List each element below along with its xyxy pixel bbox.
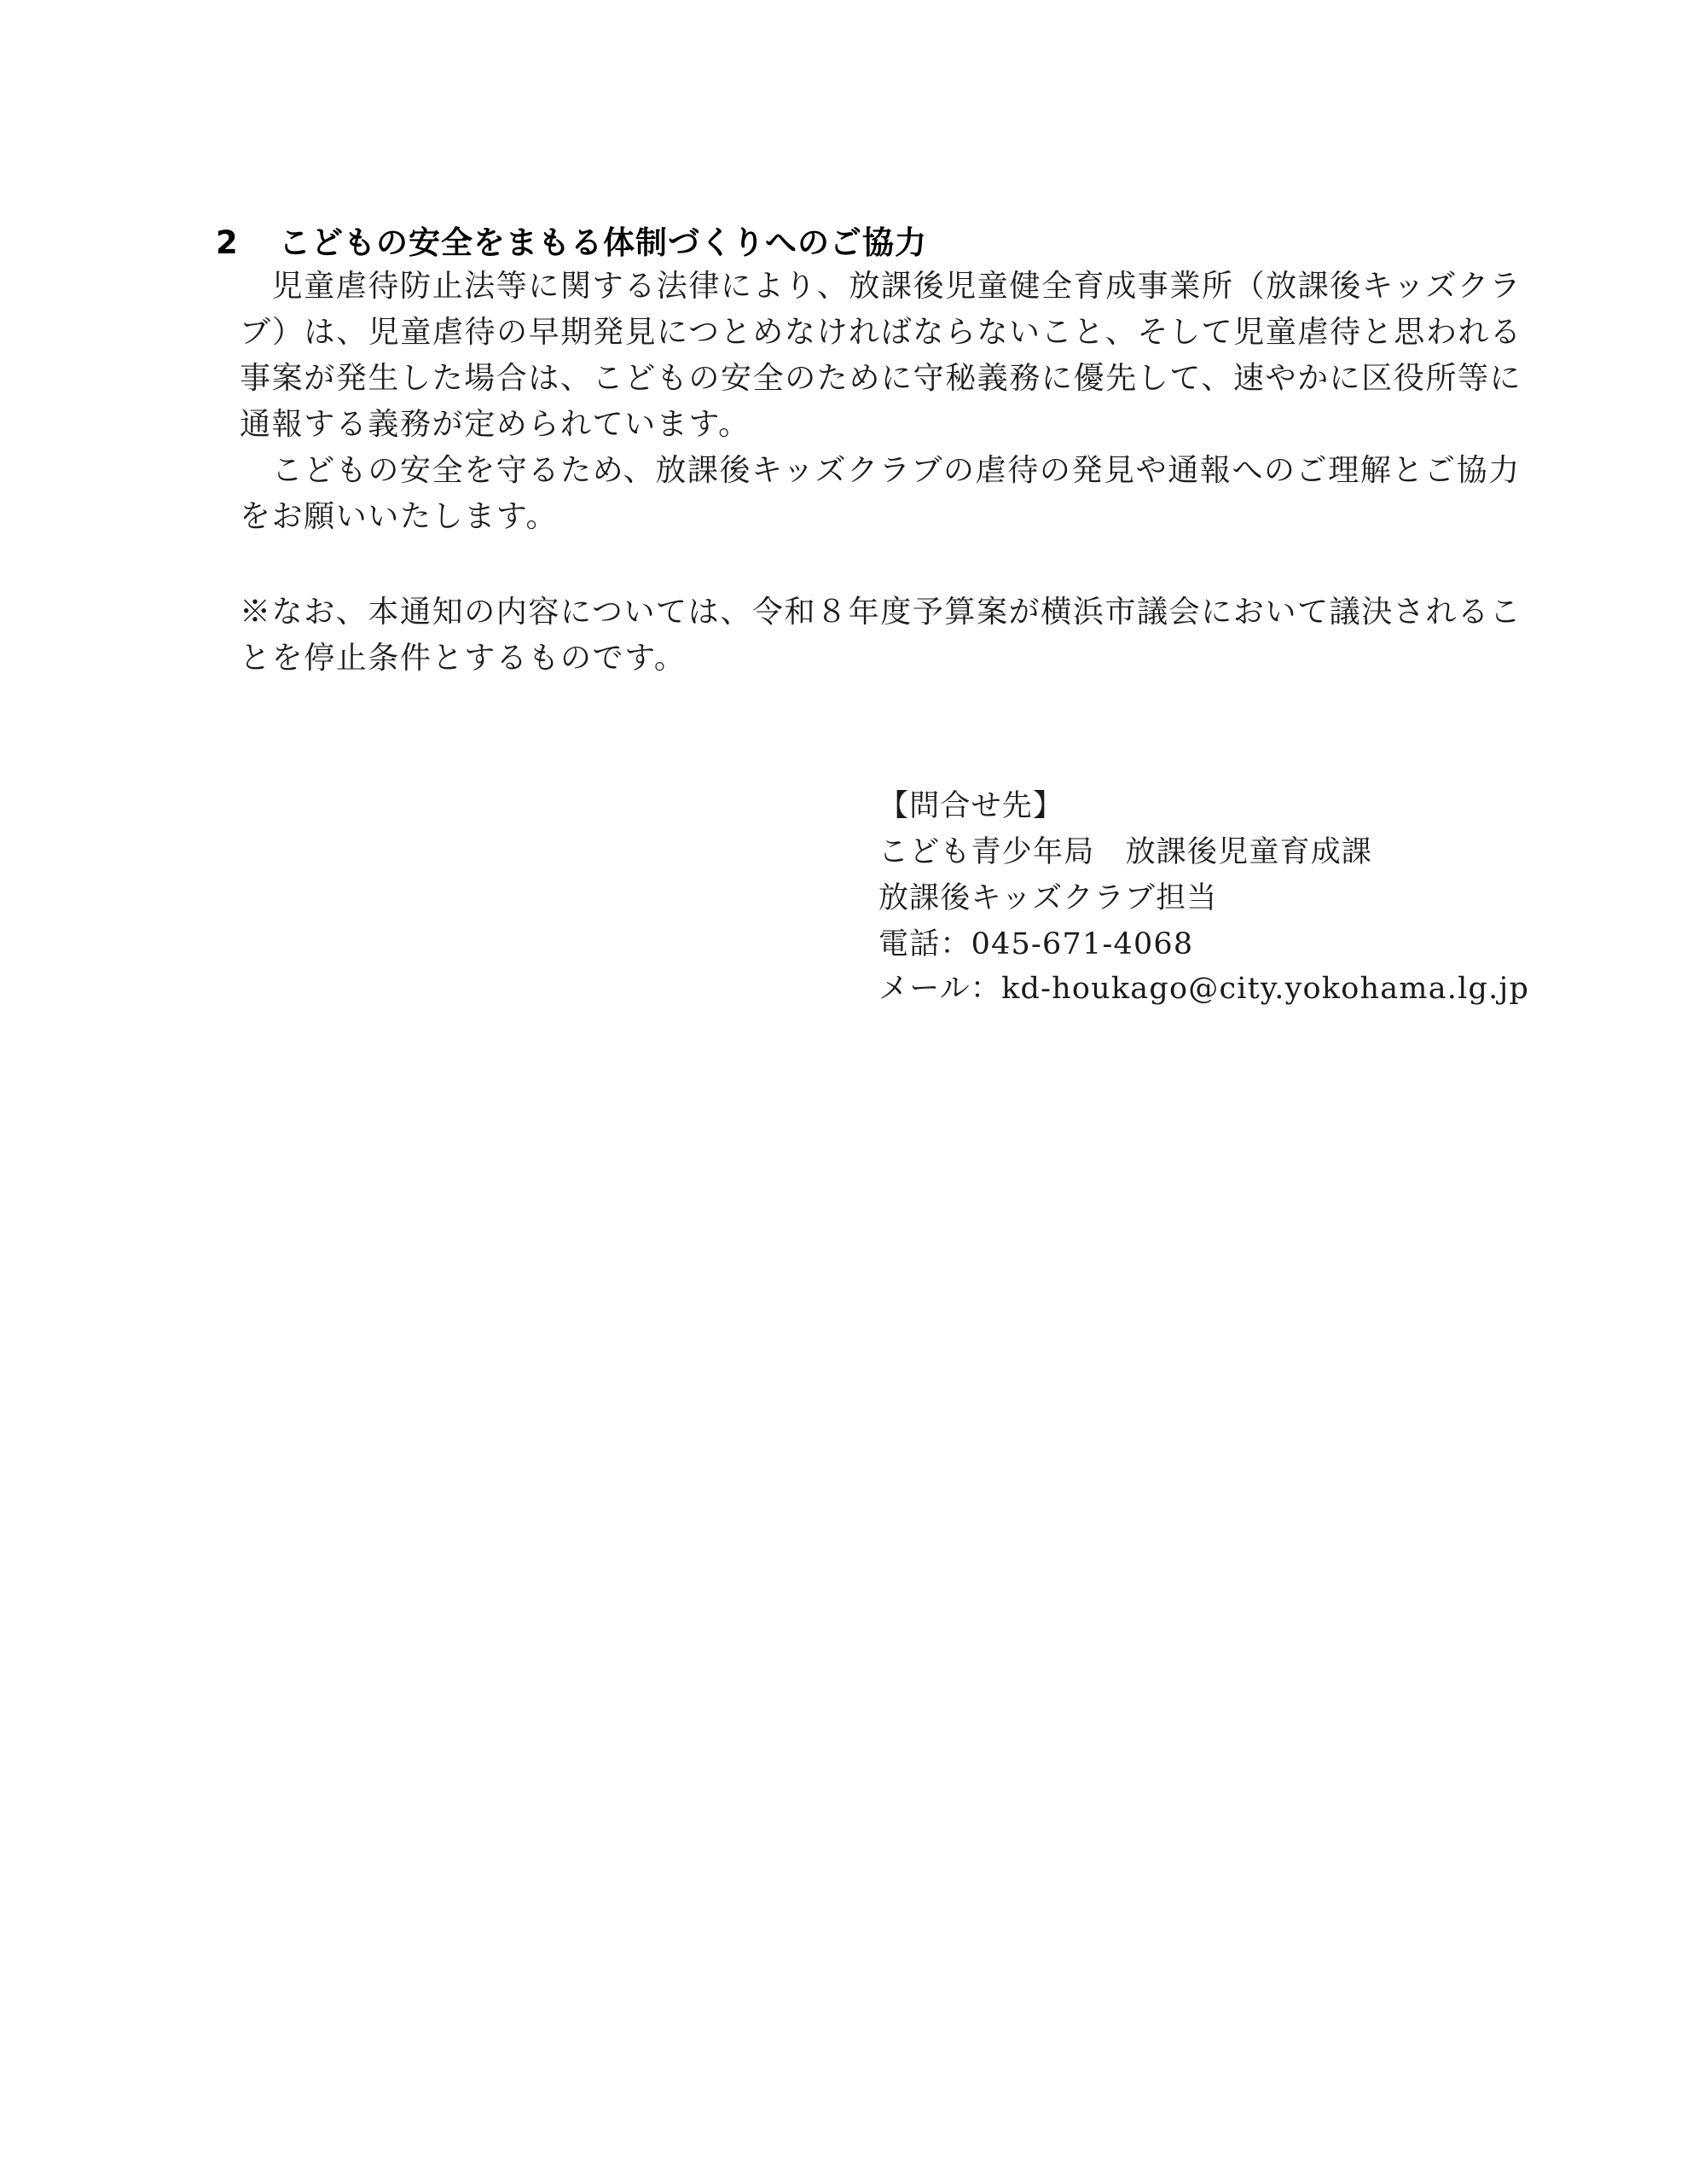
paragraph-2-line-2: をお願いいたします。: [240, 502, 558, 532]
section-number: 2: [216, 227, 279, 258]
contact-phone: 電話：045-671-4068: [878, 930, 1193, 960]
email-address[interactable]: kd-houkago@city.yokohama.lg.jp: [1001, 972, 1529, 1006]
document-page: 2こどもの安全をまもる体制づくりへのご協力 児童虐待防止法等に関する法律により、…: [0, 0, 1687, 2184]
paragraph-1-line-3: 事案が発生した場合は、こどもの安全のために守秘義務に優先して、速やかに区役所等に: [240, 363, 1522, 394]
paragraph-1-line-4: 通報する義務が定められています。: [240, 409, 751, 440]
section-title: こどもの安全をまもる体制づくりへのご協力: [279, 224, 927, 261]
contact-heading: 【問合せ先】: [878, 792, 1064, 822]
paragraph-1-line-1: 児童虐待防止法等に関する法律により、放課後児童健全育成事業所（放課後キッズクラ: [240, 271, 1522, 302]
phone-label: 電話：: [878, 927, 971, 961]
section-heading: 2こどもの安全をまもる体制づくりへのご協力: [216, 227, 927, 258]
note-line-1: ※なお、本通知の内容については、令和８年度予算案が横浜市議会において議決されるこ: [240, 597, 1522, 628]
phone-number[interactable]: 045-671-4068: [971, 927, 1194, 961]
email-label: メール：: [878, 972, 1001, 1006]
contact-department: こども青少年局 放課後児童育成課: [878, 838, 1372, 868]
contact-section: 放課後キッズクラブ担当: [878, 884, 1218, 914]
paragraph-1-line-2: ブ）は、児童虐待の早期発見につとめなければならないこと、そして児童虐待と思われる: [240, 317, 1522, 348]
paragraph-2-line-1: こどもの安全を守るため、放課後キッズクラブの虐待の発見や通報へのご理解とご協力: [240, 456, 1521, 486]
note-line-2: とを停止条件とするものです。: [240, 643, 687, 674]
contact-email: メール：kd-houkago@city.yokohama.lg.jp: [878, 974, 1529, 1004]
